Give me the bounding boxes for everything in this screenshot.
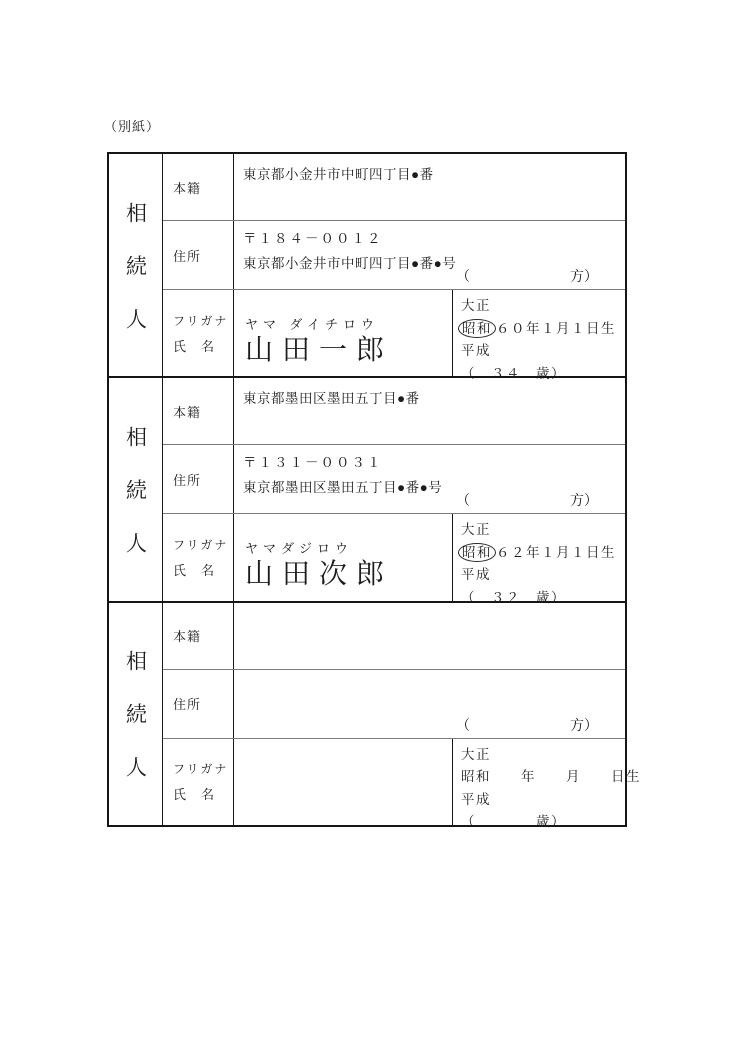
heirs-form-table: 相続人 本籍 東京都小金井市中町四丁目●番 住所 〒１８４－００１２ 東京都小金… <box>107 152 627 827</box>
birthdate-value: ６２年１月１日生 <box>496 545 616 560</box>
era-showa: 昭和 <box>458 543 496 562</box>
era-heisei: 平成 <box>461 340 625 363</box>
jusho-field[interactable]: （方） <box>234 670 625 738</box>
jusho-field[interactable]: 〒１３１－００３１ 東京都墨田区墨田五丁目●番●号 （方） <box>234 445 625 513</box>
heir-block-1: 相続人 本籍 東京都小金井市中町四丁目●番 住所 〒１８４－００１２ 東京都小金… <box>109 154 625 376</box>
name-field[interactable]: ヤマ ダイチロウ 山田一郎 <box>234 290 452 376</box>
heir-block-3: 相続人 本籍 住所 （方） フリガ <box>109 601 625 825</box>
furigana-value: ヤマダジロウ <box>245 538 452 557</box>
address-value <box>234 676 625 681</box>
kata-line: （方） <box>456 266 598 286</box>
honseki-label: 本籍 <box>163 154 234 220</box>
era-taisho: 大正 <box>461 295 625 318</box>
name-field[interactable]: ヤマダジロウ 山田次郎 <box>234 514 452 600</box>
jusho-field[interactable]: 〒１８４－００１２ 東京都小金井市中町四丁目●番●号 （方） <box>234 221 625 289</box>
kata-line: （方） <box>456 715 598 735</box>
birthdate-field[interactable]: 大正 昭和 年 月 日生 平成 （ 歳） <box>452 739 625 825</box>
birthdate-value: ６０年１月１日生 <box>496 321 616 336</box>
era-taisho: 大正 <box>461 744 625 767</box>
attachment-label: （別紙） <box>104 116 160 135</box>
honseki-value <box>234 603 625 612</box>
era-heisei: 平成 <box>461 564 625 587</box>
birthdate-value: 年 月 日生 <box>491 769 641 784</box>
jusho-label: 住所 <box>163 670 234 738</box>
postal-value: 〒１３１－００３１ <box>234 445 625 471</box>
era-showa: 昭和 <box>458 319 496 338</box>
name-label: フリガナ 氏 名 <box>163 290 234 376</box>
heir-role-label: 相続人 <box>121 426 151 585</box>
honseki-field[interactable]: 東京都小金井市中町四丁目●番 <box>234 154 625 220</box>
honseki-label: 本籍 <box>163 378 234 444</box>
name-value: 山田次郎 <box>245 559 452 591</box>
honseki-value: 東京都墨田区墨田五丁目●番 <box>234 378 625 407</box>
name-value: 山田一郎 <box>245 335 452 367</box>
era-heisei: 平成 <box>461 789 625 812</box>
honseki-field[interactable] <box>234 603 625 669</box>
heir-role-label: 相続人 <box>121 202 151 361</box>
honseki-value: 東京都小金井市中町四丁目●番 <box>234 154 625 183</box>
heir-block-2: 相続人 本籍 東京都墨田区墨田五丁目●番 住所 〒１３１－００３１ 東京都墨田区… <box>109 376 625 600</box>
postal-value: 〒１８４－００１２ <box>234 221 625 247</box>
heir-role-label: 相続人 <box>121 650 151 809</box>
heir-role-cell: 相続人 <box>109 378 163 600</box>
era-taisho: 大正 <box>461 519 625 542</box>
name-label: フリガナ 氏 名 <box>163 739 234 825</box>
honseki-label: 本籍 <box>163 603 234 669</box>
jusho-label: 住所 <box>163 445 234 513</box>
birthdate-field[interactable]: 大正 昭和６２年１月１日生 平成 （ ３２ 歳） <box>452 514 625 600</box>
heir-role-cell: 相続人 <box>109 154 163 376</box>
birthdate-field[interactable]: 大正 昭和６０年１月１日生 平成 （ ３４ 歳） <box>452 290 625 376</box>
name-field[interactable] <box>234 739 452 825</box>
kata-line: （方） <box>456 490 598 510</box>
honseki-field[interactable]: 東京都墨田区墨田五丁目●番 <box>234 378 625 444</box>
name-label: フリガナ 氏 名 <box>163 514 234 600</box>
era-showa: 昭和 <box>461 766 491 789</box>
jusho-label: 住所 <box>163 221 234 289</box>
furigana-value: ヤマ ダイチロウ <box>245 314 452 333</box>
heir-role-cell: 相続人 <box>109 603 163 825</box>
age-value: （ 歳） <box>461 811 625 834</box>
